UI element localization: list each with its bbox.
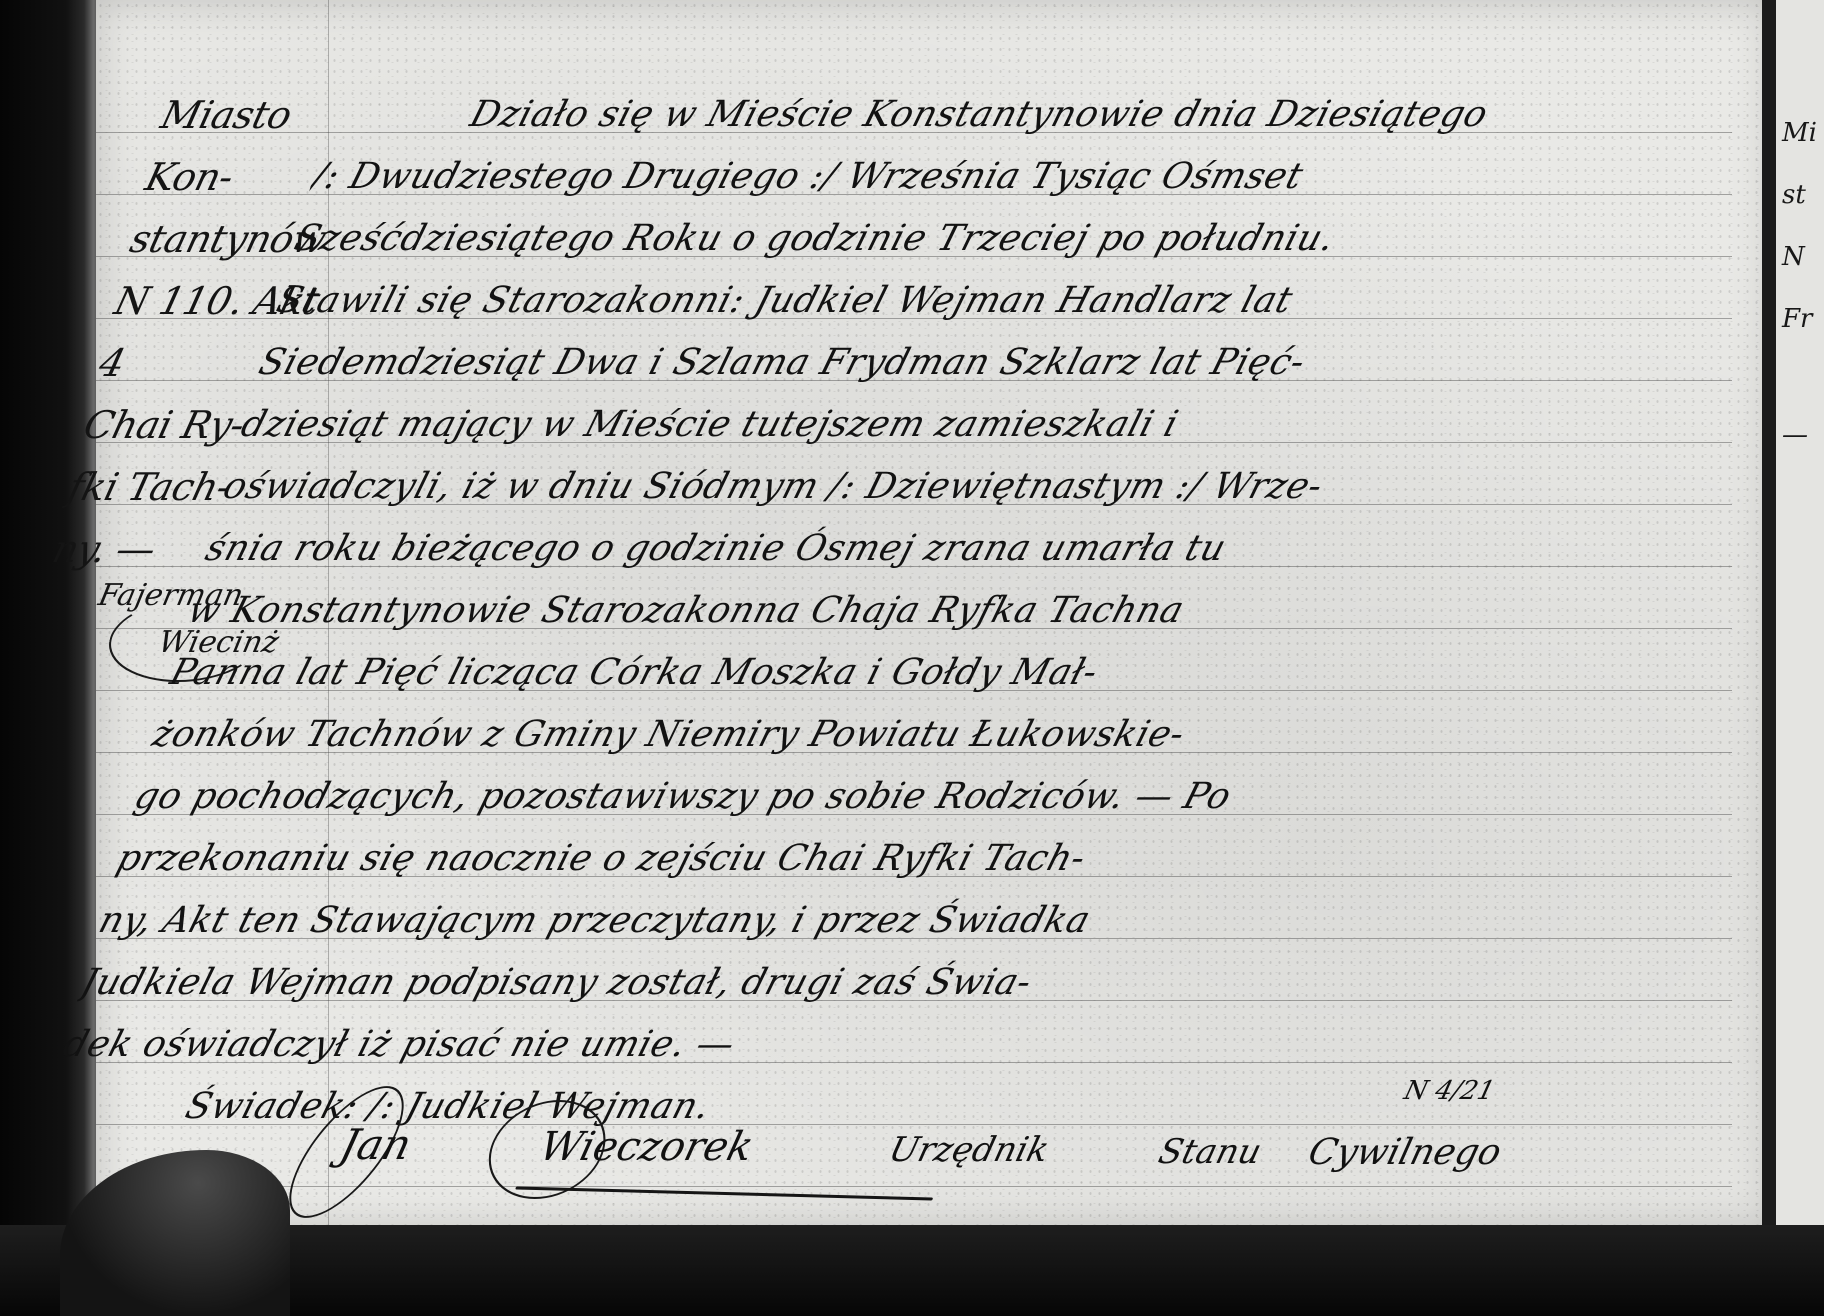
body-line: /: Dwudziestego Drugiego :/ Września Tys… <box>304 146 1722 208</box>
official-signatures: Jan Wieczorek Urzędnik Stanu Cywilnego N… <box>283 1080 1618 1220</box>
body-line: Sześćdziesiątego Roku o godzinie Trzecie… <box>287 208 1705 270</box>
adjacent-page-text: N <box>1782 242 1805 272</box>
record-number-note: N 4/21 <box>1401 1076 1498 1106</box>
adjacent-page-text: Mi <box>1782 118 1817 148</box>
body-line: Działo się w Mieście Konstantynowie dnia… <box>462 84 1740 146</box>
body-line: ny, Akt ten Stawającym przeczytany, i pr… <box>91 890 1509 952</box>
body-line: Panna lat Pięć licząca Córka Moszka i Go… <box>162 642 1580 704</box>
signature-last-name: Wieczorek <box>535 1124 758 1170</box>
signature-title-status: Cywilnego <box>1304 1132 1505 1173</box>
body-line: śnia roku bieżącego o godzinie Ósmej zra… <box>198 518 1616 580</box>
signature-underline <box>515 1187 933 1201</box>
body-line: Stawili się Starozakonni: Judkiel Wejman… <box>269 270 1687 332</box>
adjacent-page-text: Fr <box>1782 304 1812 334</box>
body-line: Siedemdziesiąt Dwa i Szlama Frydman Szkl… <box>251 332 1669 394</box>
body-line: przekonaniu się naocznie o zejściu Chai … <box>109 828 1527 890</box>
body-line: dziesiąt mający w Mieście tutejszem zami… <box>233 394 1651 456</box>
signature-title-civil: Stanu <box>1155 1132 1266 1172</box>
page-gutter <box>1762 0 1776 1230</box>
body-line: Judkiela Wejman podpisany został, drugi … <box>73 952 1491 1014</box>
adjacent-page-fragment: Mi st N Fr — <box>1776 0 1824 1230</box>
body-line: żonków Tachnów z Gminy Niemiry Powiatu Ł… <box>144 704 1562 766</box>
body-line: dek oświadczył iż pisać nie umie. — <box>56 1014 1474 1076</box>
signature-title-official: Urzędnik <box>885 1130 1053 1170</box>
body-line: oświadczyli, iż w dniu Siódmym /: Dziewi… <box>216 456 1634 518</box>
adjacent-page-text: — <box>1782 420 1808 450</box>
adjacent-page-text: st <box>1782 180 1806 210</box>
signature-first-name: Jan <box>335 1120 416 1169</box>
body-line: w Konstantynowie Starozakonna Chaja Ryfk… <box>180 580 1598 642</box>
body-line: go pochodzących, pozostawiwszy po sobie … <box>127 766 1545 828</box>
